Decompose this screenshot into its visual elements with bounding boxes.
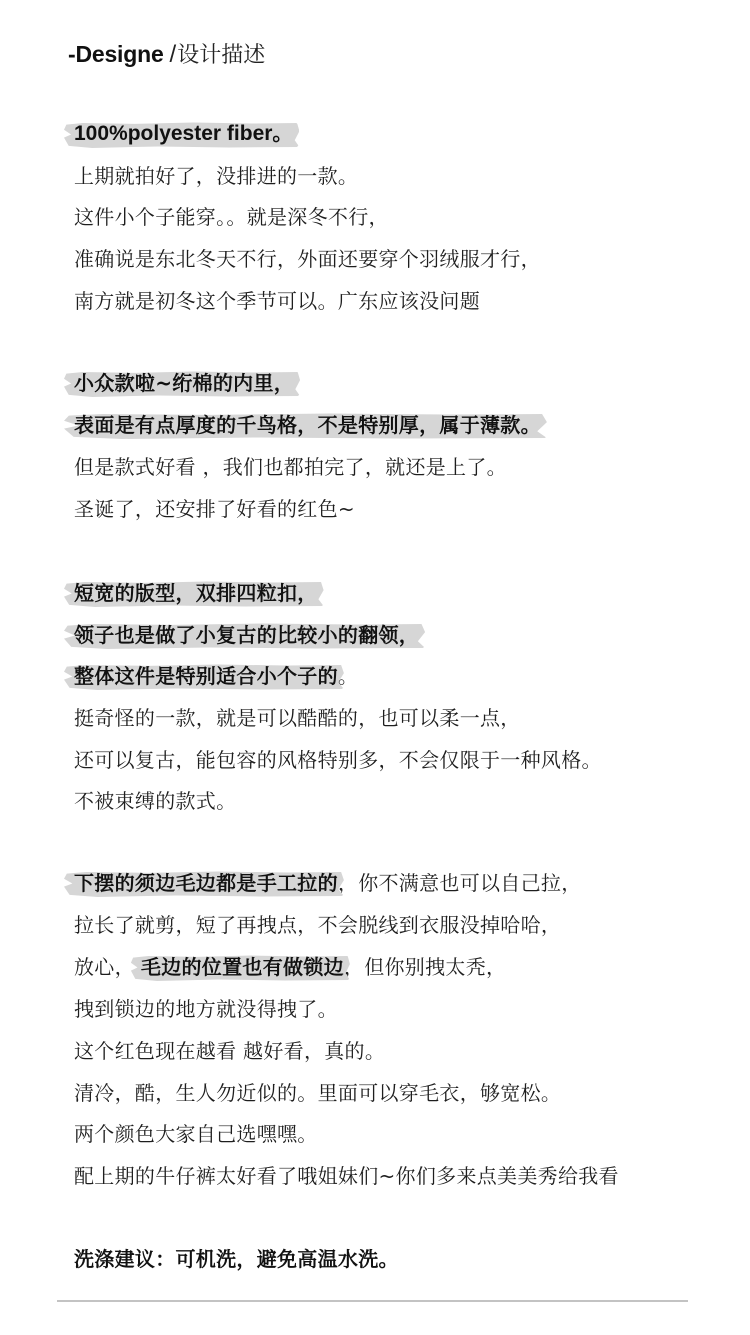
- description-line: 拽到锁边的地方就没得拽了。: [74, 994, 338, 1024]
- description-line: 放心，毛边的位置也有做锁边，但你别拽太秃，: [74, 952, 506, 982]
- line-text: 不被束缚的款式。: [74, 789, 236, 813]
- description-line: 这个红色现在越看 越好看，真的。: [74, 1036, 385, 1066]
- description-line: 两个颜色大家自己选嘿嘿。: [74, 1119, 318, 1149]
- line-text: 还可以复古，能包容的风格特别多，不会仅限于一种风格。: [74, 748, 602, 772]
- line-text: 放心，: [74, 955, 135, 979]
- description-line: 下摆的须边毛边都是手工拉的，你不满意也可以自己拉，: [74, 868, 582, 898]
- description-line: 短宽的版型，双排四粒扣，: [74, 578, 318, 608]
- description-line: 拉长了就剪，短了再拽点，不会脱线到衣服没掉哈哈，: [74, 910, 561, 940]
- description-line: 整体这件是特别适合小个子的。: [74, 661, 358, 691]
- description-line: 圣诞了，还安排了好看的红色~: [74, 494, 355, 524]
- washing-advice-text: 洗涤建议：可机洗，避免高温水洗。: [74, 1247, 399, 1271]
- header-title-en: -Designe: [68, 41, 164, 68]
- description-line: 领子也是做了小复古的比较小的翻领，: [74, 620, 419, 650]
- highlighted-text: 短宽的版型，双排四粒扣，: [74, 578, 318, 608]
- description-line: 小众款啦~绗棉的内里，: [74, 368, 294, 398]
- description-line: 挺奇怪的一款，就是可以酷酷的，也可以柔一点，: [74, 703, 521, 733]
- description-line: 还可以复古，能包容的风格特别多，不会仅限于一种风格。: [74, 745, 602, 775]
- highlighted-text: 整体这件是特别适合小个子的: [74, 661, 338, 691]
- line-text: ，但你别拽太秃，: [344, 955, 506, 979]
- section-header: -Designe / 设计描述: [68, 38, 265, 72]
- line-text: 这件小个子能穿。。就是深冬不行，: [74, 205, 389, 229]
- line-text: 拉长了就剪，短了再拽点，不会脱线到衣服没掉哈哈，: [74, 913, 561, 937]
- description-line: 这件小个子能穿。。就是深冬不行，: [74, 202, 389, 232]
- highlighted-text: 下摆的须边毛边都是手工拉的: [74, 868, 338, 898]
- line-text: 准确说是东北冬天不行，外面还要穿个羽绒服才行，: [74, 247, 541, 271]
- line-text: 圣诞了，还安排了好看的红色~: [74, 497, 355, 521]
- line-text: 两个颜色大家自己选嘿嘿。: [74, 1122, 318, 1146]
- line-text: 拽到锁边的地方就没得拽了。: [74, 997, 338, 1021]
- line-text: 挺奇怪的一款，就是可以酷酷的，也可以柔一点，: [74, 706, 521, 730]
- bottom-divider: [57, 1300, 688, 1302]
- description-line: 表面是有点厚度的千鸟格，不是特别厚，属于薄款。: [74, 410, 541, 440]
- description-line: 但是款式好看 ，我们也都拍完了，就还是上了。: [74, 452, 507, 482]
- description-line: 配上期的牛仔裤太好看了哦姐妹们~你们多来点美美秀给我看: [74, 1161, 619, 1191]
- highlighted-text: 表面是有点厚度的千鸟格，不是特别厚，属于薄款。: [74, 410, 541, 440]
- line-text: 南方就是初冬这个季节可以。广东应该没问题: [74, 289, 480, 313]
- line-text: 这个红色现在越看 越好看，真的。: [74, 1039, 385, 1063]
- description-line: 准确说是东北冬天不行，外面还要穿个羽绒服才行，: [74, 244, 541, 274]
- highlighted-text: 领子也是做了小复古的比较小的翻领，: [74, 620, 419, 650]
- header-title-cn: 设计描述: [177, 38, 265, 69]
- description-line: 100%polyester fiber。: [74, 118, 293, 148]
- line-text: 清冷，酷，生人勿近似的。里面可以穿毛衣，够宽松。: [74, 1081, 561, 1105]
- highlighted-text: 小众款啦~绗棉的内里，: [74, 368, 294, 398]
- description-line: 清冷，酷，生人勿近似的。里面可以穿毛衣，够宽松。: [74, 1078, 561, 1108]
- highlighted-text: 100%polyester fiber。: [74, 119, 293, 149]
- line-text: 配上期的牛仔裤太好看了哦姐妹们~你们多来点美美秀给我看: [74, 1164, 619, 1188]
- header-separator: /: [170, 41, 177, 69]
- description-line: 南方就是初冬这个季节可以。广东应该没问题: [74, 286, 480, 316]
- line-text: 上期就拍好了，没排进的一款。: [74, 164, 358, 188]
- line-text: ，你不满意也可以自己拉，: [338, 871, 582, 895]
- highlighted-text: 毛边的位置也有做锁边: [141, 952, 344, 982]
- line-text: 但是款式好看 ，我们也都拍完了，就还是上了。: [74, 455, 507, 479]
- description-line: 不被束缚的款式。: [74, 786, 236, 816]
- description-line: 上期就拍好了，没排进的一款。: [74, 161, 358, 191]
- product-description-page: -Designe / 设计描述 100%polyester fiber。 上期就…: [0, 0, 750, 1335]
- washing-advice: 洗涤建议：可机洗，避免高温水洗。: [74, 1244, 399, 1274]
